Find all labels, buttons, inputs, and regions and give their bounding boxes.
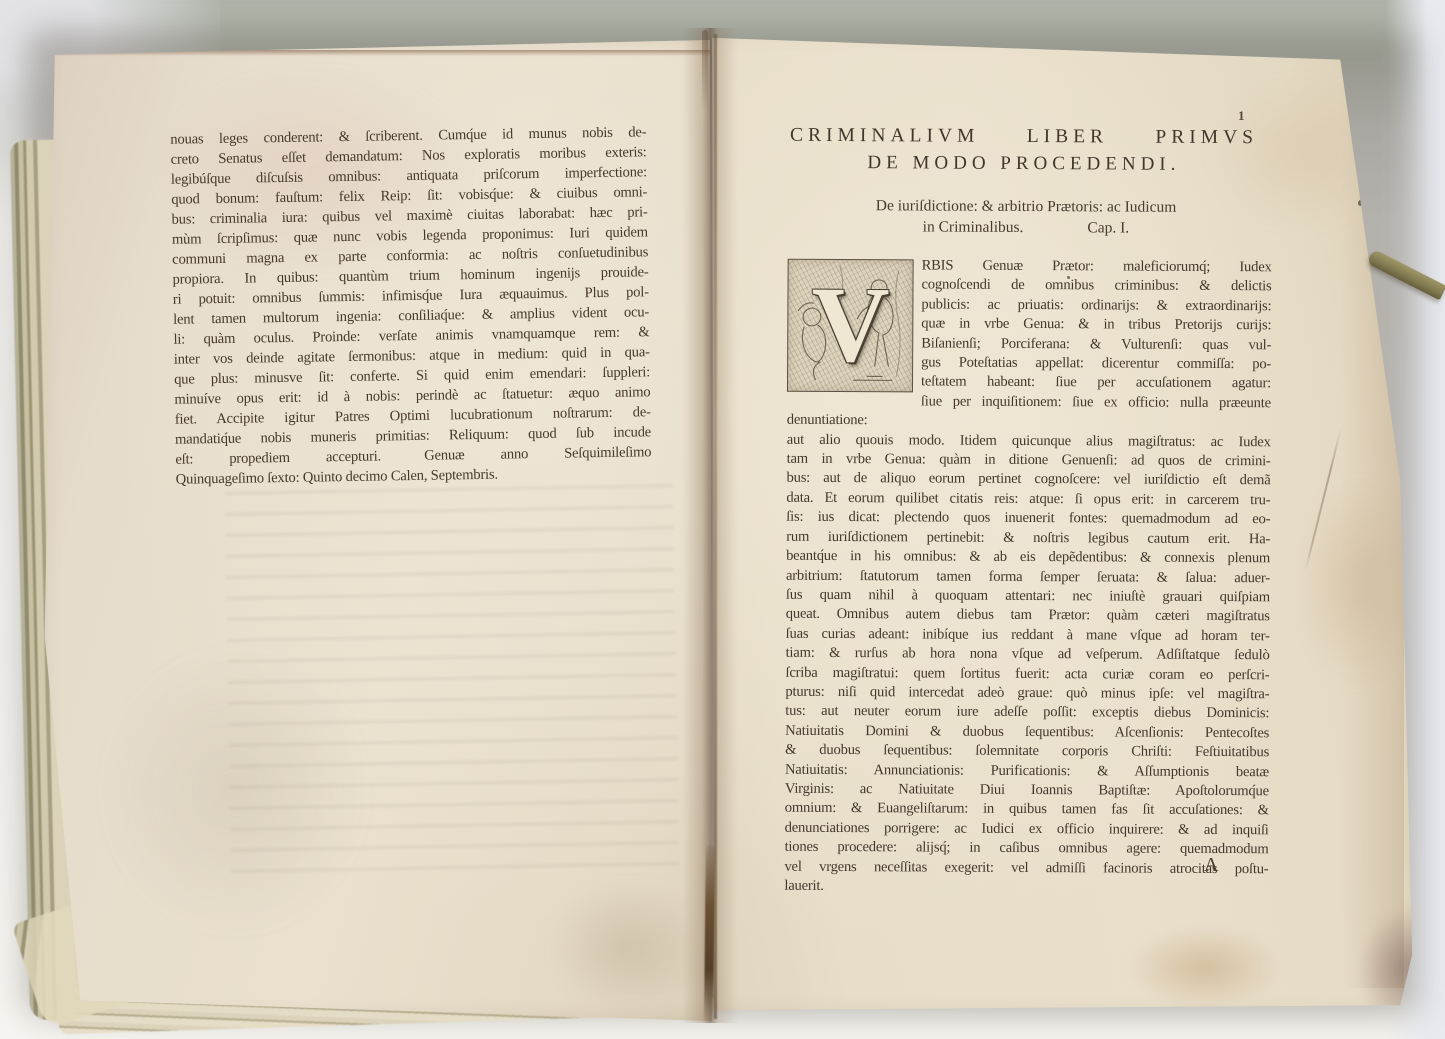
text-line: & duobus ſequentibus: ſolemnitate corpor… bbox=[785, 741, 1269, 763]
chapter-heading: De iuriſdictione: & arbitrio Prætoris: a… bbox=[802, 195, 1250, 239]
text-line: aut alio quouis modo. Itidem quicunque a… bbox=[787, 430, 1271, 452]
chapter-heading-left: in Criminalibus. bbox=[923, 216, 1024, 238]
show-through-text bbox=[225, 484, 680, 884]
woodcut-initial-V: V bbox=[787, 259, 914, 393]
text-line: ſcriba magiſtratui: quem ſortitus fuerit… bbox=[785, 663, 1269, 685]
text-line: beantq́ue in his omnibus: & ab eis depẽd… bbox=[786, 547, 1270, 569]
text-line: tiones procedere: alijsq́; in caſibus om… bbox=[785, 838, 1269, 860]
chapter-heading-line-2: in Criminalibus. Cap. I. bbox=[802, 216, 1250, 239]
text-line: queat. Omnibus autem diebus tam Prætor: … bbox=[786, 605, 1270, 627]
text-line: Natiuitatis: Annunciationis: Purificatio… bbox=[785, 760, 1269, 782]
text-line: pturus: niſi quid intercedat adeò graue:… bbox=[785, 683, 1269, 705]
text-line: tus: aut neuter eorum iure adeſſe poſſit… bbox=[785, 702, 1269, 724]
photo-scene: nouas leges conderent: & ſcriberent. Cum… bbox=[0, 0, 1445, 1039]
title-line-1: CRIMINALIVM LIBER PRIMVS bbox=[790, 125, 1258, 149]
text-line: bus: aut de aliquo eorum pertinet cognoſ… bbox=[786, 469, 1270, 491]
page-number: 1 bbox=[1238, 108, 1245, 124]
gutter-bottom-crack bbox=[704, 845, 715, 1023]
gutter-top-nick bbox=[702, 30, 708, 110]
text-line: Natiuitatis Domini & duobus ſequentibus:… bbox=[785, 721, 1269, 743]
initial-letter: V bbox=[811, 315, 889, 335]
text-line: lauerit. bbox=[784, 877, 1268, 899]
text-line: tam in vrbe Genua: quàm in ditione Genue… bbox=[787, 450, 1271, 472]
text-line: tiam: & rurſus ab hora nona vſque ad veſ… bbox=[786, 644, 1270, 666]
signature-mark: A bbox=[1204, 854, 1219, 877]
chapter-title: CRIMINALIVM LIBER PRIMVS DE MODO PROCEDE… bbox=[790, 125, 1258, 176]
text-line: omnium: & Euangeliſtarum: in quibus tame… bbox=[785, 799, 1269, 821]
text-line: ſis: ius dicat: plectendo quos inuenerit… bbox=[786, 508, 1270, 530]
left-page: nouas leges conderent: & ſcriberent. Cum… bbox=[40, 36, 712, 1021]
text-line: data. Et eorum quilibet citatis reis: at… bbox=[786, 489, 1270, 511]
text-line: vel vrgens neceſſitas exegerit: vel admi… bbox=[784, 857, 1268, 879]
text-line: rum iuriſdictionem pertinebit: & noſtris… bbox=[786, 527, 1270, 549]
text-line: ſuas curias adeant: inibíque ius reddant… bbox=[786, 624, 1270, 646]
text-line: denunciationes porrigere: ac Iudici ex o… bbox=[785, 819, 1269, 841]
stain bbox=[550, 881, 710, 1016]
text-line: ſus quam nihil à quoquam attentari: nec … bbox=[786, 586, 1270, 608]
text-line: Virginis: ac Natiuitate Diui Ioannis Bap… bbox=[785, 780, 1269, 802]
text-line: arbitrium: ſtatutorum tamen forma ſemper… bbox=[786, 566, 1270, 588]
body-paragraph: V RBIS Genuæ Prætor: maleficiorumq́; Iud… bbox=[784, 256, 1271, 899]
left-page-paragraph: nouas leges conderent: & ſcriberent. Cum… bbox=[170, 122, 652, 489]
chapter-heading-line-1: De iuriſdictione: & arbitrio Prætoris: a… bbox=[802, 195, 1250, 218]
title-line-2: DE MODO PROCEDENDI. bbox=[790, 152, 1258, 176]
stain bbox=[1130, 928, 1280, 1008]
chapter-number: Cap. I. bbox=[1087, 217, 1129, 238]
right-page: 1 CRIMINALIVM LIBER PRIMVS DE MODO PROCE… bbox=[710, 28, 1415, 1018]
text-line: ſiue per inquiſitionem: ſiue ex officio:… bbox=[787, 392, 1271, 433]
